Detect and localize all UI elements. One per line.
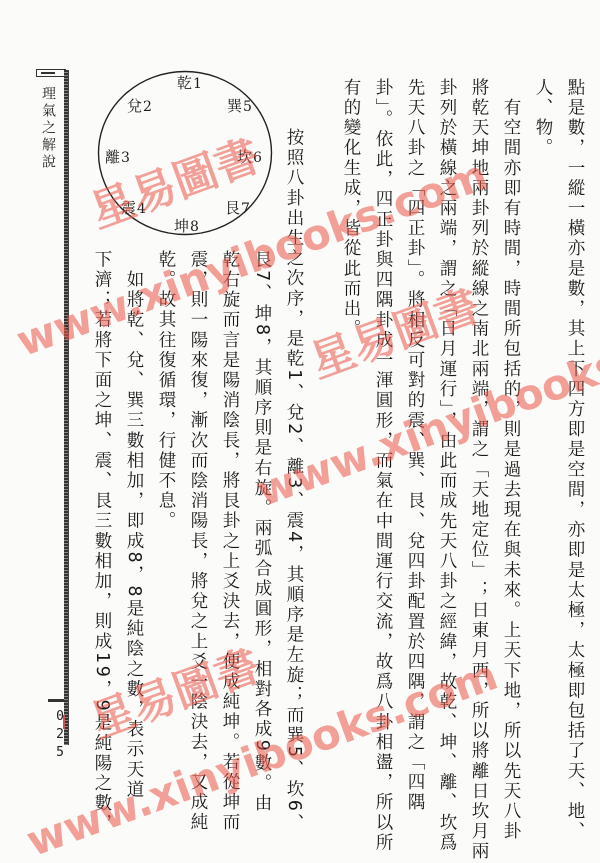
text-column-14: 如將乾、兌、巽三數相加，即成8，8是純陰之數，表示天道 [124, 250, 144, 800]
text-column-12: 震，則一陽來復，漸次而陰消陽長，將兌之上爻一陰決去，又成純 [188, 250, 208, 833]
page-number-marker [48, 699, 64, 702]
text-column-7: 卦」。依此，四正卦與四隅卦成一渾圓形，而氣在中間運行交流，故爲八卦相盪，所以所 [373, 78, 393, 853]
margin-border-inner [68, 70, 69, 745]
trigram-label-li: 離3 [105, 146, 130, 167]
trigram-label-gen: 艮7 [225, 197, 250, 218]
page-number-digit: 0 [54, 708, 66, 726]
trigram-label-kan: 坎6 [237, 146, 262, 167]
page-number: 0 2 5 [54, 708, 66, 762]
trigram-label-dui: 兌2 [127, 95, 152, 116]
text-column-9: 按照八卦出生之次序，是乾1、兌2、離3、震4，其順序是左旋；而巽5、坎6、 [284, 108, 304, 834]
book-page: 理氣之解說 0 2 5 乾1 兌2 離3 震4 巽5 坎6 艮7 [0, 0, 600, 863]
trigram-label-xun: 巽5 [227, 95, 252, 116]
running-head-title: 理氣之解說 [40, 86, 58, 171]
page-number-digit: 5 [54, 744, 66, 762]
trigram-label-zhen: 震4 [121, 197, 146, 218]
text-column-10: 艮7、坤8，其順序則是右旋。兩弧合成圓形，相對各成9數。由 [252, 250, 272, 814]
running-head-ornament [36, 69, 66, 77]
trigram-circle-diagram: 乾1 兌2 離3 震4 巽5 坎6 艮7 坤8 [97, 70, 273, 236]
text-column-15: 下濟；若將下面之坤、震、艮三數相加，則成19，9是純陽之數， [92, 250, 112, 834]
watermark-text: 星易圖書 [300, 270, 487, 390]
text-column-5: 卦列於橫線之兩端，謂之「日月運行」，由此而成先天八卦之經緯，故乾、坤、離、坎爲 [437, 78, 457, 853]
text-column-6: 先天八卦之「四正卦」。將相反可對的震、巽、艮、兌四卦配置於四隅，謂之「四隅 [405, 78, 425, 813]
trigram-label-kun: 坤8 [174, 215, 199, 236]
text-column-1: 點是數，一縱一橫亦是數，其上下四方即是空間，亦即是太極，太極即包括了天、地、 [565, 78, 585, 842]
text-column-2: 人、物。 [533, 78, 553, 158]
trigram-label-qian: 乾1 [177, 72, 202, 93]
text-column-8: 有的變化生成，皆從此而出。 [341, 78, 361, 339]
page-number-digit: 2 [54, 726, 66, 744]
text-column-3: 有空間亦即有時間，時間所包括的，則是過去現在與未來。上天下地，所以先天八卦 [501, 78, 521, 842]
text-column-4: 將乾天坤地兩卦列於縱線之南北兩端，謂之「天地定位」；日東月西，所以將離日坎月兩 [469, 78, 489, 862]
text-column-13: 乾。故其往復循環，行健不息。 [156, 250, 176, 531]
text-column-11: 乾右旋而言是陽消陰長，將艮卦之上爻決去，便成純坤。若從坤而 [220, 250, 240, 833]
